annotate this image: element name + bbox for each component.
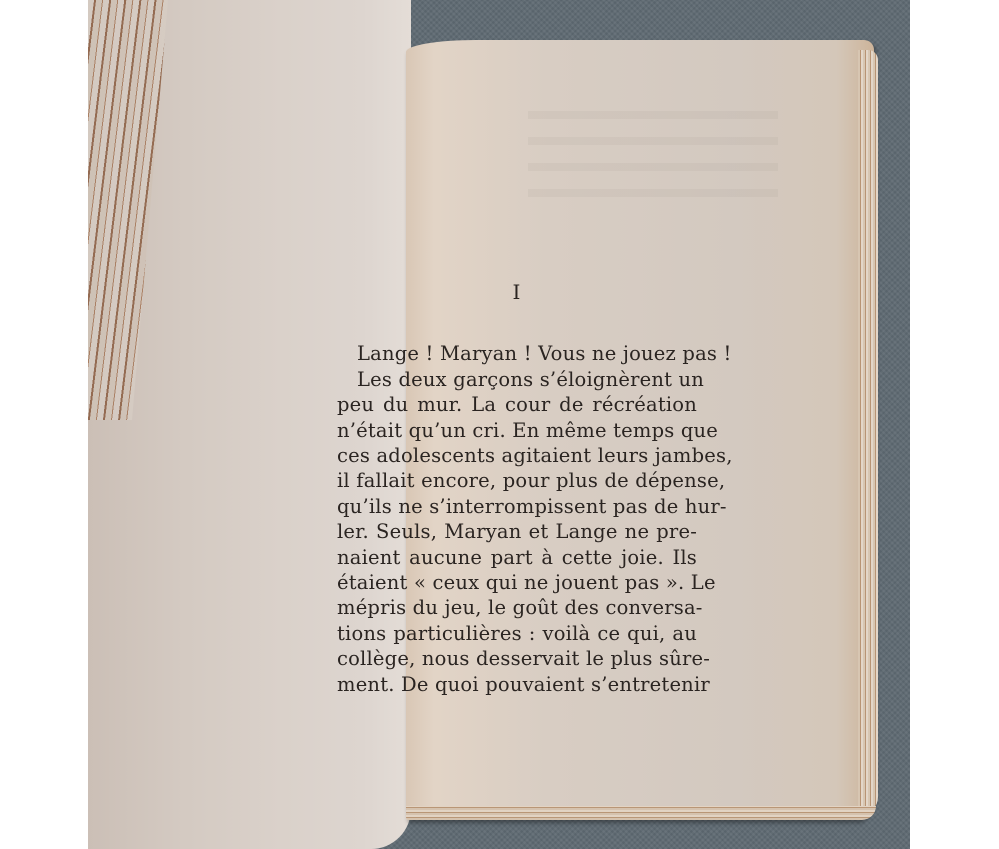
text-line: peu du mur. La cour de récréation	[337, 392, 697, 417]
text-line: qu’ils ne s’interrompissent pas de hur-	[337, 494, 697, 519]
text-line: Lange ! Maryan ! Vous ne jouez pas !	[337, 341, 697, 366]
page-text-block: I Lange ! Maryan ! Vous ne jouez pas ! L…	[337, 280, 697, 697]
chapter-number: I	[337, 280, 697, 305]
paragraph: Lange ! Maryan ! Vous ne jouez pas ! Les…	[337, 341, 697, 697]
text-line: étaient « ceux qui ne jouent pas ». Le	[337, 570, 697, 595]
text-line: mépris du jeu, le goût des conversa-	[337, 595, 697, 620]
text-line: collège, nous desservait le plus sûre-	[337, 646, 697, 671]
text-line: Les deux garçons s’éloignèrent un	[337, 367, 697, 392]
text-line: n’était qu’un cri. En même temps que	[337, 418, 697, 443]
text-line: naient aucune part à cette joie. Ils	[337, 545, 697, 570]
right-page-bottom-edge	[406, 806, 876, 820]
bleed-through-text	[528, 95, 778, 215]
text-line: tions particulières : voilà ce qui, au	[337, 621, 697, 646]
text-line: ces adolescents agitaient leurs jambes,	[337, 443, 697, 468]
right-page-edges	[858, 50, 878, 815]
text-line: ler. Seuls, Maryan et Lange ne pre-	[337, 519, 697, 544]
text-line: il fallait encore, pour plus de dépense,	[337, 468, 697, 493]
text-line: ment. De quoi pouvaient s’entretenir	[337, 672, 697, 697]
